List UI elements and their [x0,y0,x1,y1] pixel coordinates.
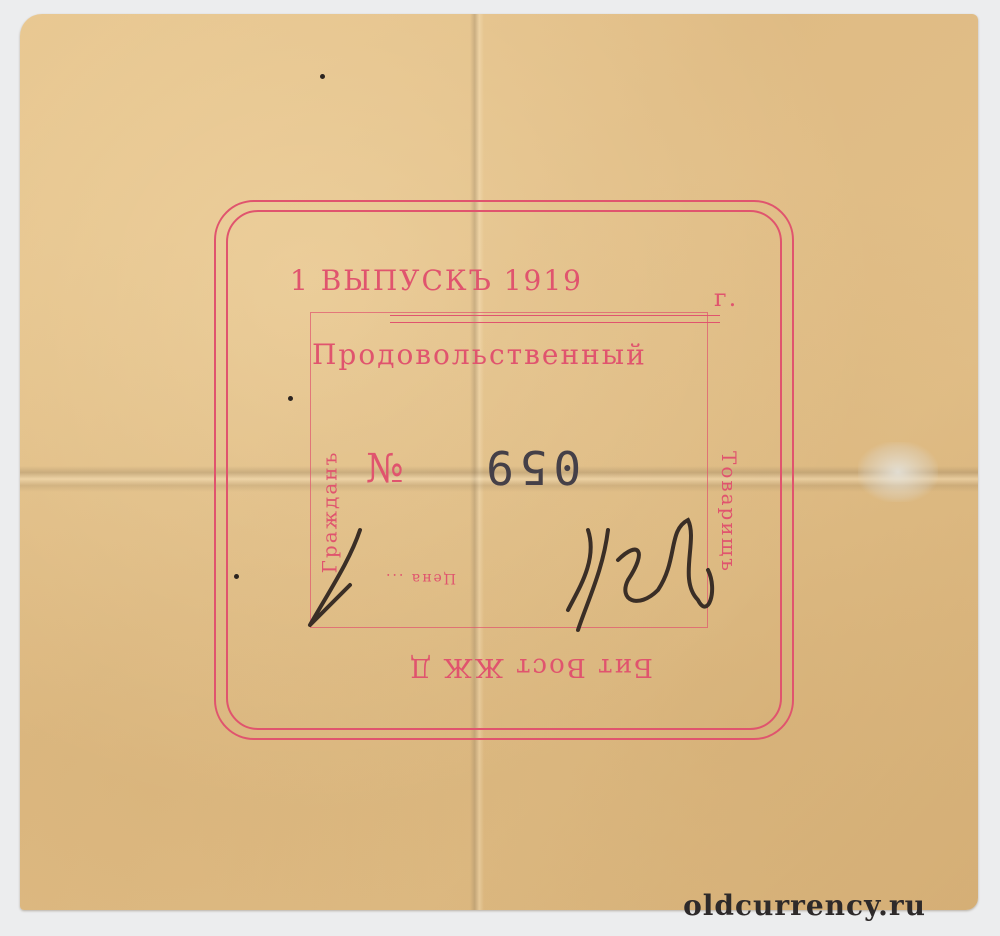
ink-spot [320,74,325,79]
divider-rule [390,315,720,316]
banknote-title: Продовольственный [312,338,647,371]
watermark: oldcurrency.ru [683,889,926,922]
number-sign: № [366,446,406,492]
worn-patch [858,442,938,502]
signature-left [290,520,400,640]
divider-rule [390,322,720,323]
issue-line: 1 ВЫПУСКЪ 1919 [290,264,583,297]
ink-spot [288,396,293,401]
serial-number: 059 [480,440,581,494]
signature-right [548,500,748,660]
issue-suffix: г. [714,284,738,312]
ink-spot [234,574,239,579]
